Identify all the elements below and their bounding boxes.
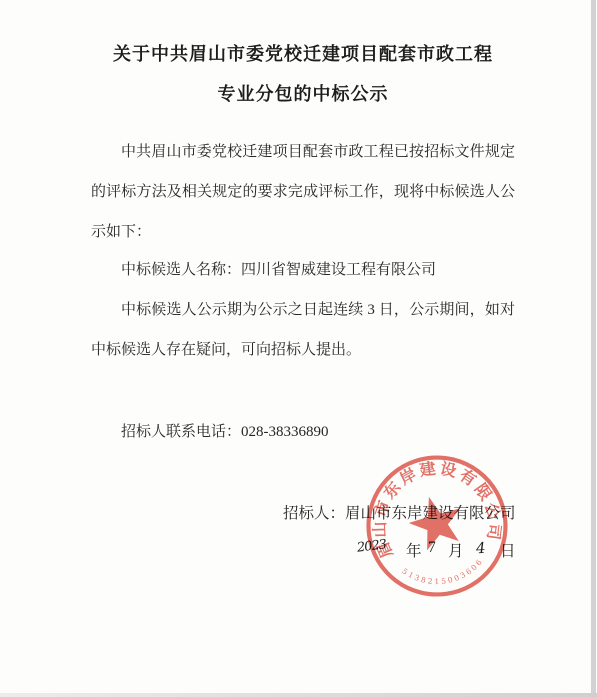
scanned-page-bottom-edge — [0, 693, 597, 697]
document-page: 关于中共眉山市委党校迁建项目配套市政工程 专业分包的中标公示 中共眉山市委党校迁… — [0, 0, 597, 697]
bidder-label: 招标人： — [283, 505, 345, 522]
company-seal-stamp: 眉山市东岸建设有限公司 5138215003606 — [343, 432, 530, 619]
paragraph-winning-candidate: 中标候选人名称：四川省智威建设工程有限公司 — [91, 250, 515, 290]
document-title-line2: 专业分包的中标公示 — [91, 82, 515, 106]
scanned-page-right-edge — [591, 0, 596, 697]
seal-star-icon — [406, 493, 466, 552]
paragraph-evaluation-complete: 中共眉山市委党校迁建项目配套市政工程已按招标文件规定的评标方法及相关规定的要求完… — [91, 132, 515, 252]
paragraph-publicity-period: 中标候选人公示期为公示之日起连续 3 日，公示期间，如对中标候选人存在疑问，可向… — [91, 290, 515, 370]
seal-number-arc-text: 5138215003606 — [400, 555, 488, 591]
document-title-line1: 关于中共眉山市委党校迁建项目配套市政工程 — [91, 42, 515, 66]
seal-registration-number: 5138215003606 — [400, 555, 488, 591]
